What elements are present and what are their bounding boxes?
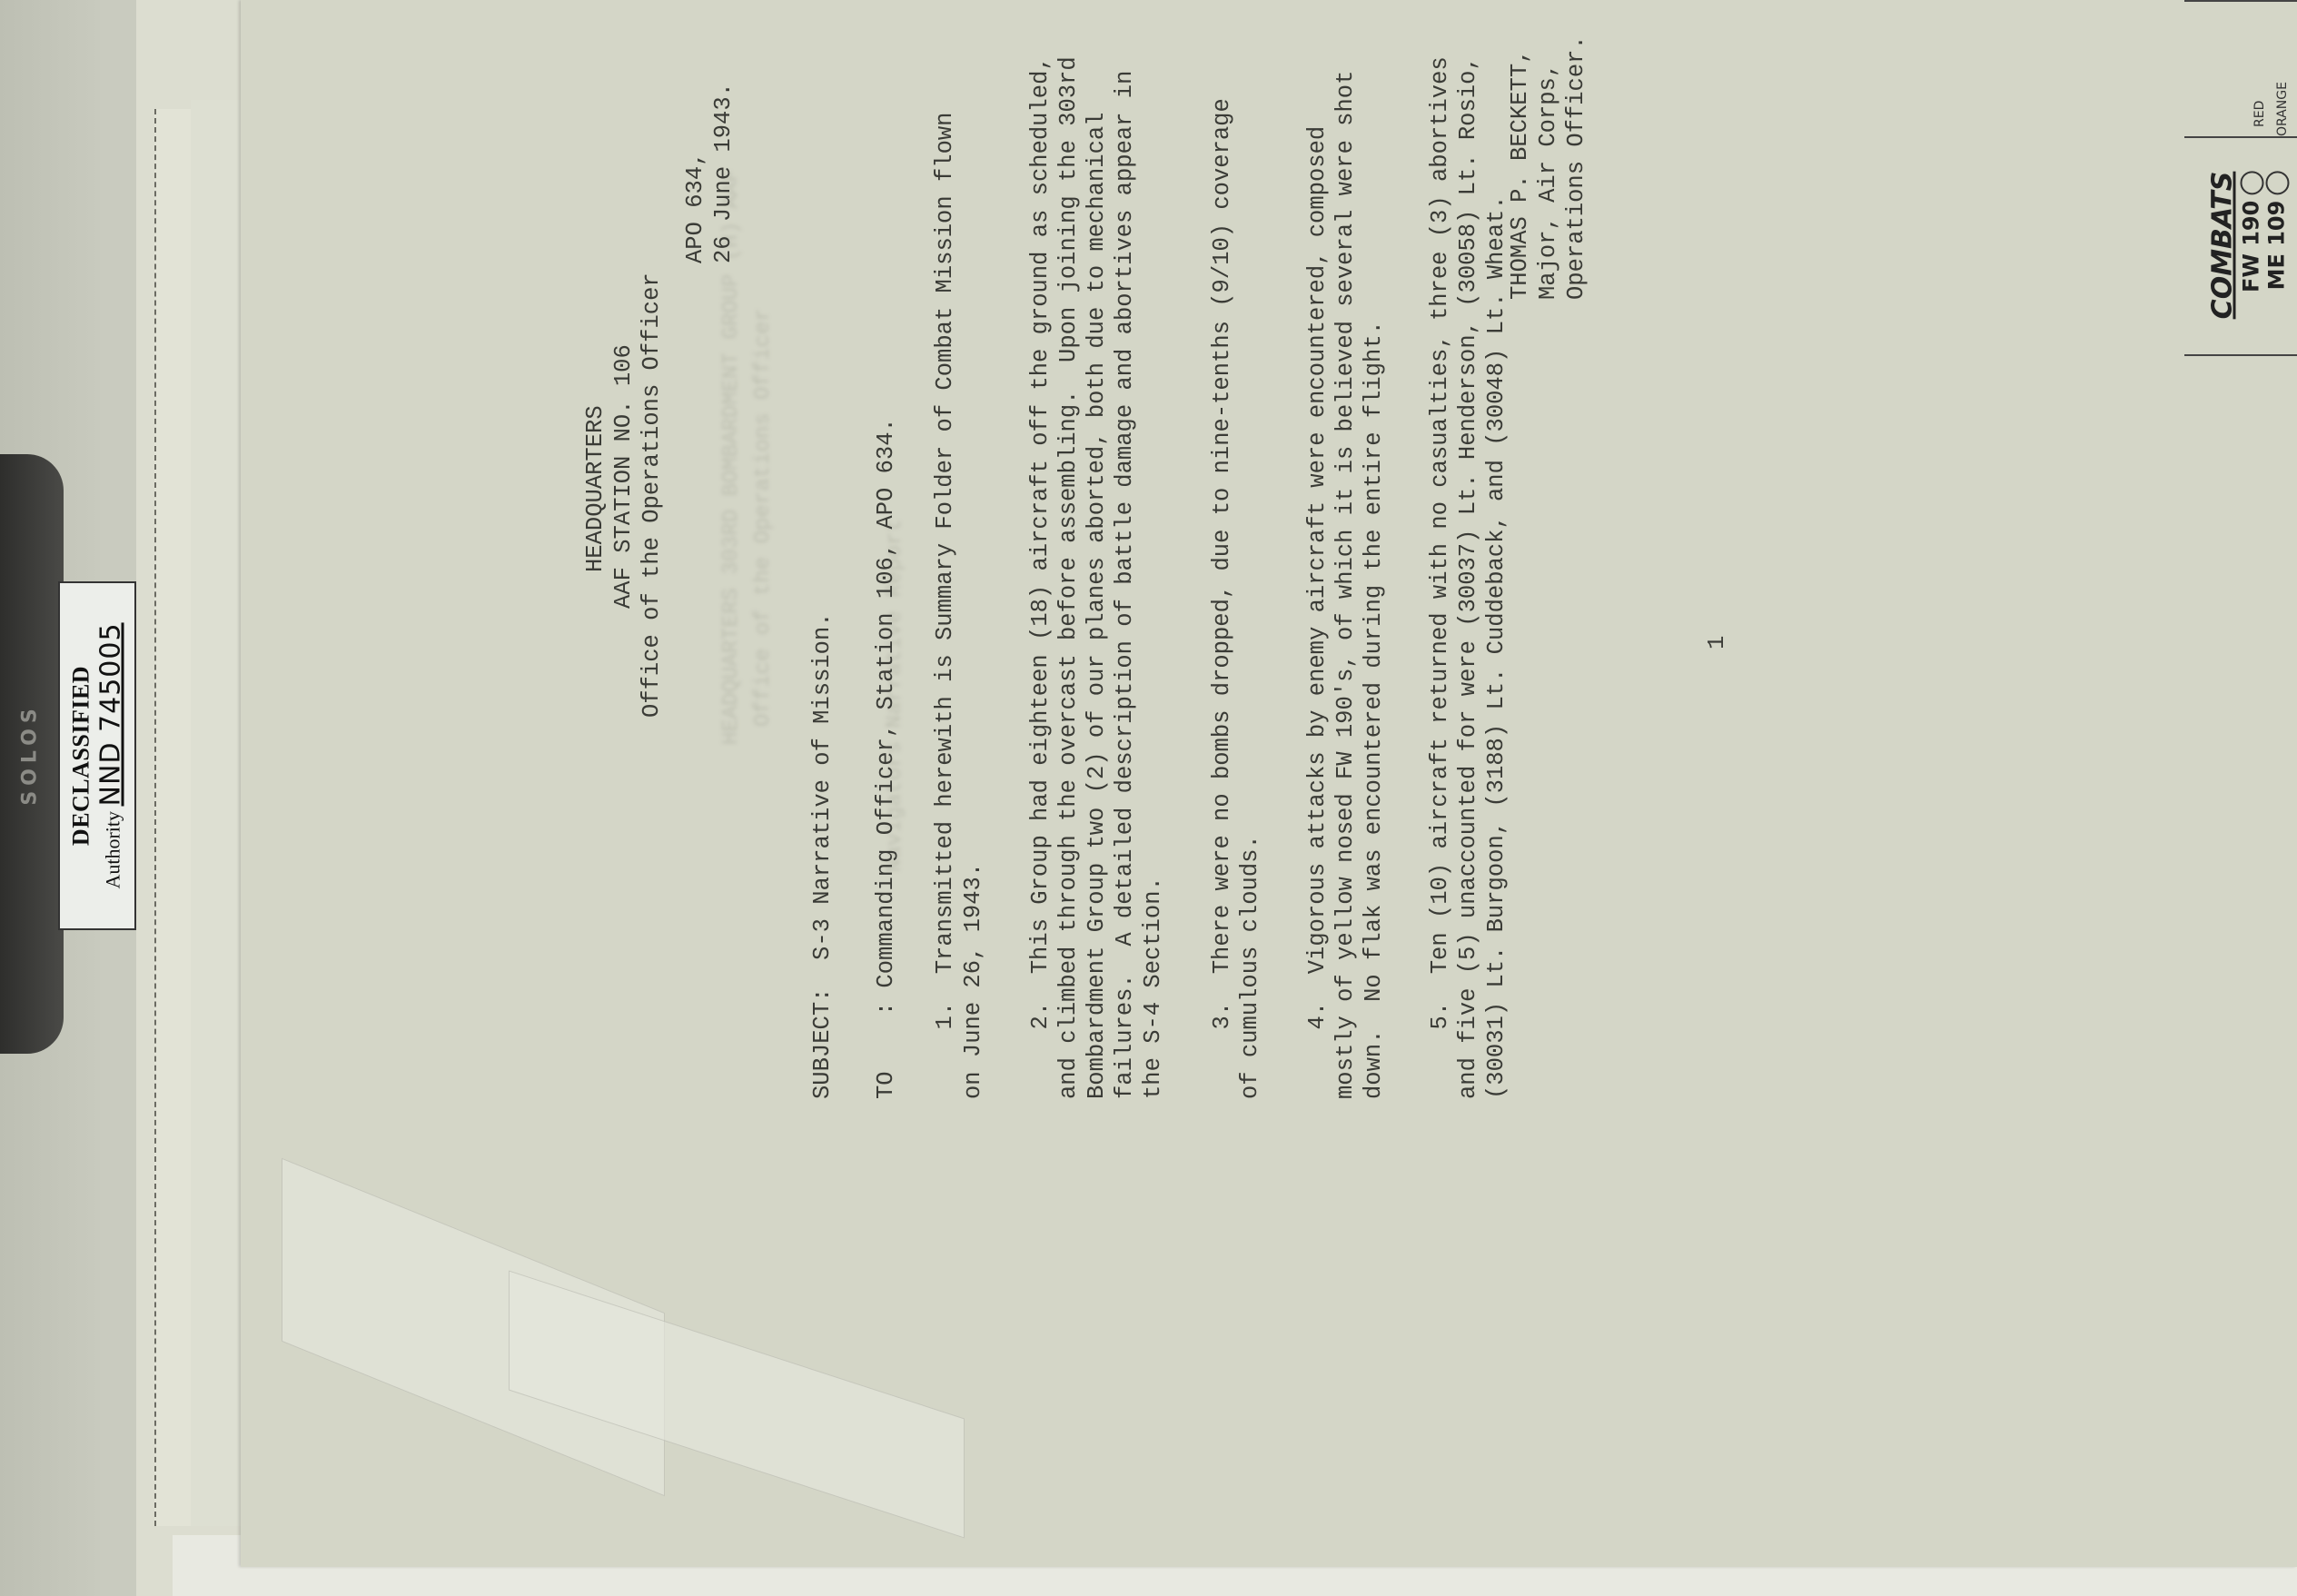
binder-clip: SOLOS <box>0 454 64 1054</box>
paragraph-line: the S-4 Section. <box>1139 877 1167 1099</box>
paragraph-line: Bombardment Group two (2) of our planes … <box>1083 113 1111 1099</box>
paragraph-line: mostly of yellow nosed FW 190's, of whic… <box>1332 71 1360 1099</box>
combats-row-fw190: FW 190 <box>2238 172 2263 320</box>
apo-line: APO 634, <box>681 153 709 263</box>
header-office: Office of the Operations Officer <box>638 273 666 718</box>
header-hq: HEADQUARTERS <box>581 405 609 572</box>
signature-title: Operations Officer. <box>1562 35 1590 300</box>
signature-name: THOMAS P. BECKETT, <box>1506 50 1534 300</box>
declassified-authority: Authority NND 745005 <box>95 622 127 888</box>
subject-line: SUBJECT: S-3 Narrative of Mission. <box>808 612 837 1099</box>
header-station: AAF STATION NO. 106 <box>609 344 638 609</box>
paragraph-line: 4. Vigorous attacks by enemy aircraft we… <box>1303 126 1332 1099</box>
memo-body: HEADQUARTERS 303RD BOMBARDMENT GROUP (H)… <box>581 18 1762 1326</box>
checkbox-circle <box>2240 172 2263 195</box>
clip-brand: SOLOS <box>7 618 53 890</box>
paragraph-line: on June 26, 1943. <box>959 863 987 1099</box>
declassified-title: DECLASSIFIED <box>68 622 95 888</box>
paragraph-line: and climbed through the overcast before … <box>1054 56 1083 1099</box>
declassified-stamp: DECLASSIFIED Authority NND 745005 <box>58 581 136 930</box>
page-number: 1 <box>1703 636 1731 649</box>
combats-row-me109: ME 109 <box>2263 172 2289 320</box>
paragraph-line: 3. There were no bombs dropped, due to n… <box>1208 98 1236 1099</box>
paragraph-line: 1. Transmitted herewith is Summary Folde… <box>931 113 959 1099</box>
combats-border <box>2184 354 2297 356</box>
paragraph-line: 5. Ten (10) aircraft returned with no ca… <box>1426 56 1454 1099</box>
signature-rank: Major, Air Corps, <box>1534 64 1562 300</box>
checkbox-circle <box>2265 172 2289 195</box>
paragraph-line: 2. This Group had eighteen (18) aircraft… <box>1026 56 1054 1099</box>
paragraph-line: down. No flak was encountered during the… <box>1360 321 1388 1099</box>
paragraph-line: of cumulous clouds. <box>1236 835 1264 1099</box>
paragraph-line: failures. A detailed description of batt… <box>1111 71 1139 1099</box>
paragraph-line: and five (5) unaccounted for were (30037… <box>1454 56 1482 1099</box>
color-label-orange: ORANGE <box>2275 82 2290 136</box>
combats-stamp: COMBATS FW 190 ME 109 <box>2198 136 2297 354</box>
authority-number: NND 745005 <box>95 622 127 806</box>
paragraph-line: (30031) Lt. Burgoon, (3188) Lt. Cuddebac… <box>1482 195 1510 1099</box>
to-line: TO : Commanding Officer, Station 106, AP… <box>872 418 900 1099</box>
color-label-red: RED <box>2252 101 2267 127</box>
combats-border <box>2184 0 2297 2</box>
date-line: 26 June 1943. <box>709 83 738 263</box>
combats-title: COMBATS <box>2206 172 2238 320</box>
